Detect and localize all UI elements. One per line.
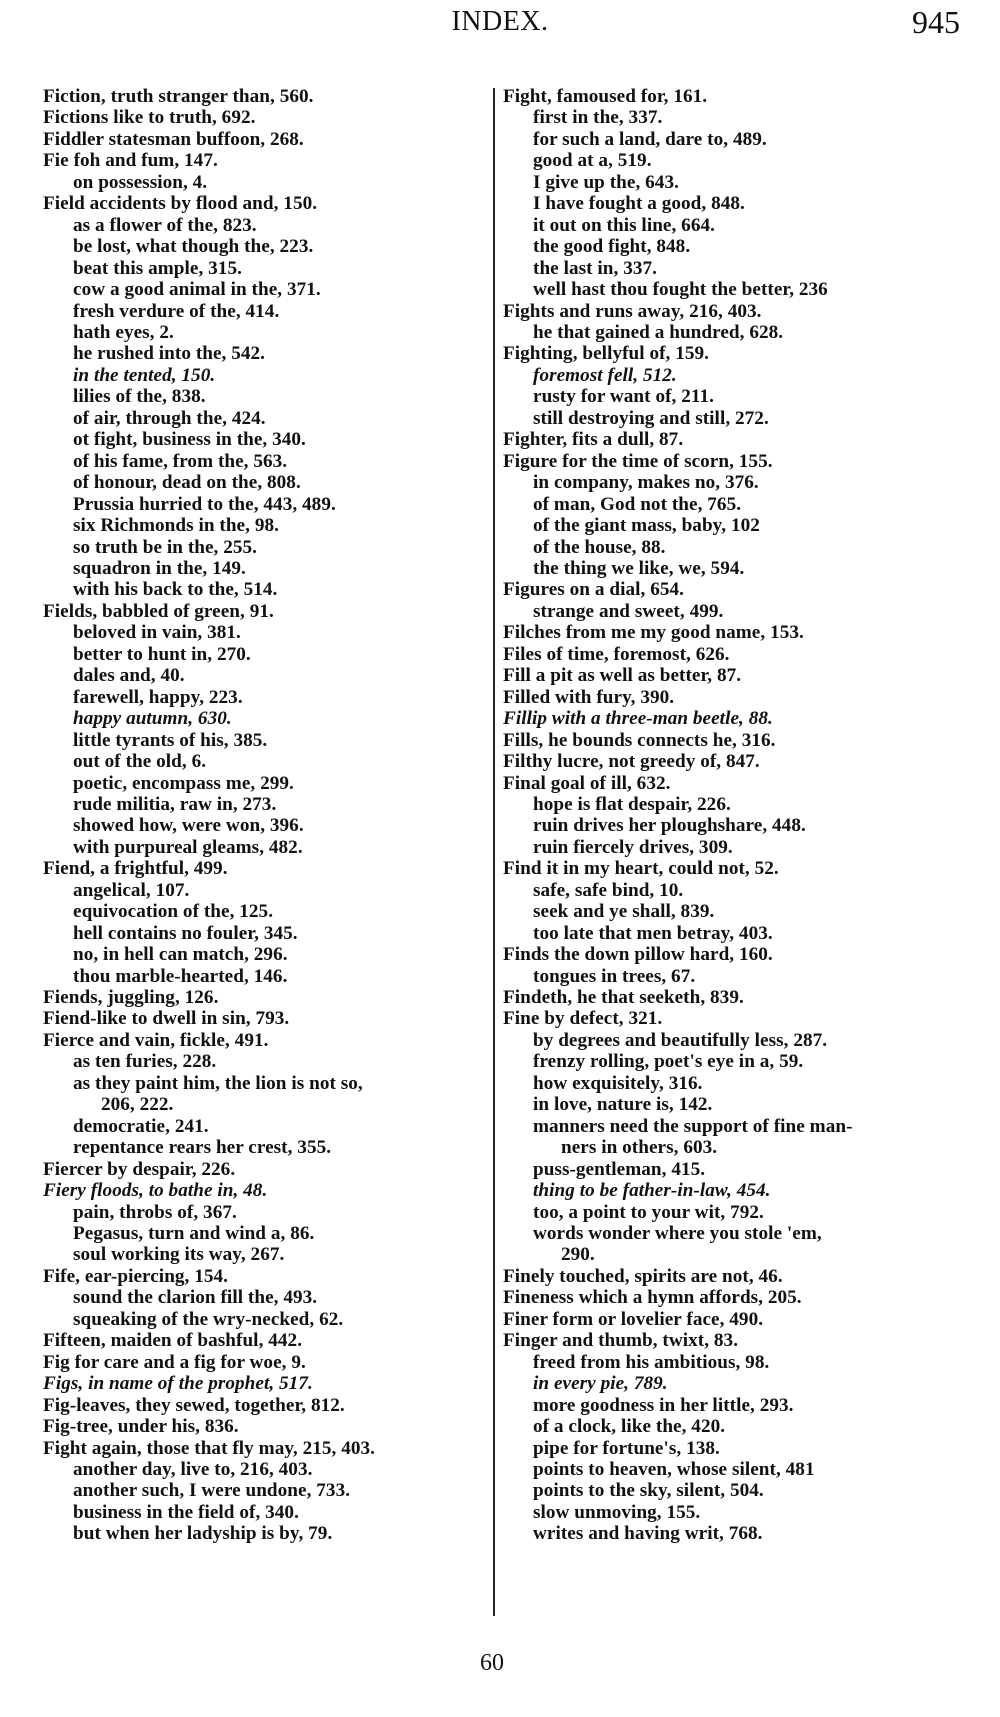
- index-heading-entry: Fight, famoused for, 161.: [503, 86, 963, 107]
- index-heading-entry: Fillip with a three-man beetle, 88.: [503, 708, 963, 729]
- index-subentry: frenzy rolling, poet's eye in a, 59.: [503, 1051, 963, 1072]
- index-subentry: on possession, 4.: [43, 172, 488, 193]
- index-heading-entry: Filled with fury, 390.: [503, 687, 963, 708]
- index-subentry: farewell, happy, 223.: [43, 687, 488, 708]
- index-subentry: foremost fell, 512.: [503, 365, 963, 386]
- index-heading-entry: Fiends, juggling, 126.: [43, 987, 488, 1008]
- index-heading-entry: Filthy lucre, not greedy of, 847.: [503, 751, 963, 772]
- index-heading-entry: Fights and runs away, 216, 403.: [503, 301, 963, 322]
- index-heading-entry: Finds the down pillow hard, 160.: [503, 944, 963, 965]
- index-subentry: of a clock, like the, 420.: [503, 1416, 963, 1437]
- index-heading-entry: Finer form or lovelier face, 490.: [503, 1309, 963, 1330]
- index-subentry: as a flower of the, 823.: [43, 215, 488, 236]
- index-subentry: hell contains no fouler, 345.: [43, 923, 488, 944]
- index-subentry: poetic, encompass me, 299.: [43, 773, 488, 794]
- index-subentry: repentance rears her crest, 355.: [43, 1137, 488, 1158]
- index-heading-entry: Field accidents by flood and, 150.: [43, 193, 488, 214]
- index-subentry: words wonder where you stole 'em,: [503, 1223, 963, 1244]
- index-heading-entry: Fife, ear-piercing, 154.: [43, 1266, 488, 1287]
- index-subentry: thing to be father-in-law, 454.: [503, 1180, 963, 1201]
- index-subentry: of man, God not the, 765.: [503, 494, 963, 515]
- index-column-right: Fight, famoused for, 161.first in the, 3…: [503, 86, 963, 1545]
- index-subentry: squeaking of the wry-necked, 62.: [43, 1309, 488, 1330]
- index-subentry: seek and ye shall, 839.: [503, 901, 963, 922]
- index-subentry: in the tented, 150.: [43, 365, 488, 386]
- index-subentry: squadron in the, 149.: [43, 558, 488, 579]
- index-heading-entry: Filches from me my good name, 153.: [503, 622, 963, 643]
- index-heading-entry: Fig-tree, under his, 836.: [43, 1416, 488, 1437]
- index-subentry: another such, I were undone, 733.: [43, 1480, 488, 1501]
- index-subentry: better to hunt in, 270.: [43, 644, 488, 665]
- index-subentry: fresh verdure of the, 414.: [43, 301, 488, 322]
- index-heading-entry: Fiend-like to dwell in sin, 793.: [43, 1008, 488, 1029]
- index-subentry: I have fought a good, 848.: [503, 193, 963, 214]
- index-heading-entry: Fields, babbled of green, 91.: [43, 601, 488, 622]
- index-subentry: in every pie, 789.: [503, 1373, 963, 1394]
- index-subentry: ot fight, business in the, 340.: [43, 429, 488, 450]
- index-subentry: rude militia, raw in, 273.: [43, 794, 488, 815]
- index-subentry: of honour, dead on the, 808.: [43, 472, 488, 493]
- index-subentry: as they paint him, the lion is not so,: [43, 1073, 488, 1094]
- index-subentry: it out on this line, 664.: [503, 215, 963, 236]
- index-subentry: points to heaven, whose silent, 481: [503, 1459, 963, 1480]
- index-subentry: rusty for want of, 211.: [503, 386, 963, 407]
- index-subentry: of the house, 88.: [503, 537, 963, 558]
- index-subentry: Prussia hurried to the, 443, 489.: [43, 494, 488, 515]
- index-subentry: ruin fiercely drives, 309.: [503, 837, 963, 858]
- index-subentry: Pegasus, turn and wind a, 86.: [43, 1223, 488, 1244]
- index-heading-entry: Fighter, fits a dull, 87.: [503, 429, 963, 450]
- index-subentry: soul working its way, 267.: [43, 1244, 488, 1265]
- index-subentry: good at a, 519.: [503, 150, 963, 171]
- index-subentry: so truth be in the, 255.: [43, 537, 488, 558]
- index-subentry: in love, nature is, 142.: [503, 1094, 963, 1115]
- index-subentry: by degrees and beautifully less, 287.: [503, 1030, 963, 1051]
- index-heading-entry: Fiddler statesman buffoon, 268.: [43, 129, 488, 150]
- index-heading-entry: Findeth, he that seeketh, 839.: [503, 987, 963, 1008]
- index-subentry: in company, makes no, 376.: [503, 472, 963, 493]
- index-heading-entry: Fie foh and fum, 147.: [43, 150, 488, 171]
- index-subentry: too late that men betray, 403.: [503, 923, 963, 944]
- index-subentry: how exquisitely, 316.: [503, 1073, 963, 1094]
- index-subentry: of his fame, from the, 563.: [43, 451, 488, 472]
- index-heading-entry: Find it in my heart, could not, 52.: [503, 858, 963, 879]
- index-heading-entry: Fiction, truth stranger than, 560.: [43, 86, 488, 107]
- index-subentry: lilies of the, 838.: [43, 386, 488, 407]
- signature-mark: 60: [480, 1650, 504, 1677]
- index-subentry: thou marble-hearted, 146.: [43, 966, 488, 987]
- index-subentry: pipe for fortune's, 138.: [503, 1438, 963, 1459]
- page-number: 945: [912, 4, 960, 41]
- index-subentry: tongues in trees, 67.: [503, 966, 963, 987]
- index-subentry: democratie, 241.: [43, 1116, 488, 1137]
- index-subentry: but when her ladyship is by, 79.: [43, 1523, 488, 1544]
- index-subentry: the thing we like, we, 594.: [503, 558, 963, 579]
- running-head-title: INDEX.: [0, 6, 1000, 38]
- index-heading-entry: Fiercer by despair, 226.: [43, 1159, 488, 1180]
- index-subentry: six Richmonds in the, 98.: [43, 515, 488, 536]
- index-subentry: the good fight, 848.: [503, 236, 963, 257]
- index-subentry: slow unmoving, 155.: [503, 1502, 963, 1523]
- index-subentry: well hast thou fought the better, 236: [503, 279, 963, 300]
- index-heading-entry: Fine by defect, 321.: [503, 1008, 963, 1029]
- index-heading-entry: Files of time, foremost, 626.: [503, 644, 963, 665]
- index-subentry: puss-gentleman, 415.: [503, 1159, 963, 1180]
- index-subentry: I give up the, 643.: [503, 172, 963, 193]
- index-subentry: of the giant mass, baby, 102: [503, 515, 963, 536]
- index-heading-entry: Final goal of ill, 632.: [503, 773, 963, 794]
- index-subentry: points to the sky, silent, 504.: [503, 1480, 963, 1501]
- index-heading-entry: Figure for the time of scorn, 155.: [503, 451, 963, 472]
- index-subentry: business in the field of, 340.: [43, 1502, 488, 1523]
- index-subentry: dales and, 40.: [43, 665, 488, 686]
- index-heading-entry: Figs, in name of the prophet, 517.: [43, 1373, 488, 1394]
- index-subentry: strange and sweet, 499.: [503, 601, 963, 622]
- index-subentry: of air, through the, 424.: [43, 408, 488, 429]
- index-subentry: as ten furies, 228.: [43, 1051, 488, 1072]
- index-heading-entry: Fifteen, maiden of bashful, 442.: [43, 1330, 488, 1351]
- index-subentry: the last in, 337.: [503, 258, 963, 279]
- index-subentry: still destroying and still, 272.: [503, 408, 963, 429]
- index-heading-entry: Fills, he bounds connects he, 316.: [503, 730, 963, 751]
- index-subentry: little tyrants of his, 385.: [43, 730, 488, 751]
- index-subentry: out of the old, 6.: [43, 751, 488, 772]
- index-subentry: happy autumn, 630.: [43, 708, 488, 729]
- index-heading-entry: Fiend, a frightful, 499.: [43, 858, 488, 879]
- index-heading-entry: Fineness which a hymn affords, 205.: [503, 1287, 963, 1308]
- index-heading-entry: Fierce and vain, fickle, 491.: [43, 1030, 488, 1051]
- index-heading-entry: Finger and thumb, twixt, 83.: [503, 1330, 963, 1351]
- index-subentry: equivocation of the, 125.: [43, 901, 488, 922]
- index-column-left: Fiction, truth stranger than, 560.Fictio…: [43, 86, 488, 1545]
- index-subentry: pain, throbs of, 367.: [43, 1202, 488, 1223]
- index-continuation-line: 206, 222.: [43, 1094, 488, 1115]
- index-subentry: he that gained a hundred, 628.: [503, 322, 963, 343]
- index-subentry: first in the, 337.: [503, 107, 963, 128]
- index-heading-entry: Fill a pit as well as better, 87.: [503, 665, 963, 686]
- column-divider: [493, 88, 495, 1616]
- index-subentry: angelical, 107.: [43, 880, 488, 901]
- index-heading-entry: Fig for care and a fig for woe, 9.: [43, 1352, 488, 1373]
- index-subentry: safe, safe bind, 10.: [503, 880, 963, 901]
- index-subentry: manners need the support of fine man-: [503, 1116, 963, 1137]
- index-subentry: be lost, what though the, 223.: [43, 236, 488, 257]
- index-heading-entry: Fiery floods, to bathe in, 48.: [43, 1180, 488, 1201]
- index-subentry: no, in hell can match, 296.: [43, 944, 488, 965]
- index-subentry: showed how, were won, 396.: [43, 815, 488, 836]
- index-heading-entry: Figures on a dial, 654.: [503, 579, 963, 600]
- index-heading-entry: Fig-leaves, they sewed, together, 812.: [43, 1395, 488, 1416]
- index-subentry: ruin drives her ploughshare, 448.: [503, 815, 963, 836]
- index-heading-entry: Fight again, those that fly may, 215, 40…: [43, 1438, 488, 1459]
- index-subentry: he rushed into the, 542.: [43, 343, 488, 364]
- index-subentry: beat this ample, 315.: [43, 258, 488, 279]
- index-heading-entry: Finely touched, spirits are not, 46.: [503, 1266, 963, 1287]
- index-subentry: too, a point to your wit, 792.: [503, 1202, 963, 1223]
- index-subentry: another day, live to, 216, 403.: [43, 1459, 488, 1480]
- index-continuation-line: ners in others, 603.: [503, 1137, 963, 1158]
- index-heading-entry: Fictions like to truth, 692.: [43, 107, 488, 128]
- index-subentry: with purpureal gleams, 482.: [43, 837, 488, 858]
- index-subentry: beloved in vain, 381.: [43, 622, 488, 643]
- index-subentry: sound the clarion fill the, 493.: [43, 1287, 488, 1308]
- index-heading-entry: Fighting, bellyful of, 159.: [503, 343, 963, 364]
- index-continuation-line: 290.: [503, 1244, 963, 1265]
- index-subentry: cow a good animal in the, 371.: [43, 279, 488, 300]
- index-subentry: for such a land, dare to, 489.: [503, 129, 963, 150]
- index-subentry: with his back to the, 514.: [43, 579, 488, 600]
- index-subentry: freed from his ambitious, 98.: [503, 1352, 963, 1373]
- index-subentry: hath eyes, 2.: [43, 322, 488, 343]
- index-subentry: hope is flat despair, 226.: [503, 794, 963, 815]
- index-subentry: writes and having writ, 768.: [503, 1523, 963, 1544]
- index-subentry: more goodness in her little, 293.: [503, 1395, 963, 1416]
